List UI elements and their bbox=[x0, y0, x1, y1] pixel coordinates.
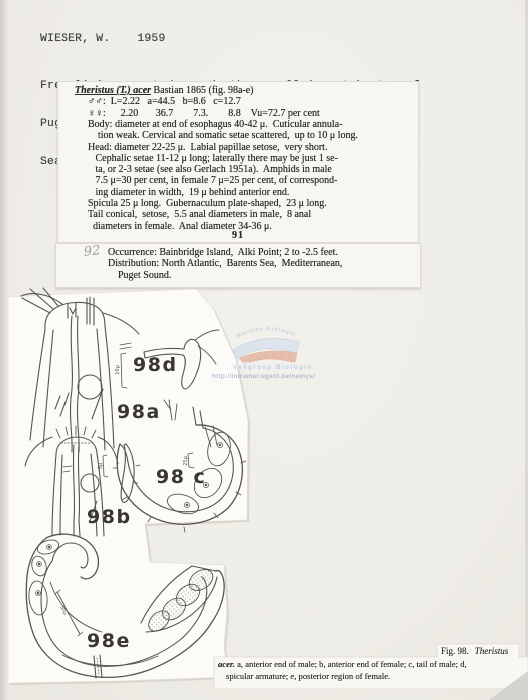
figure-number: Fig. 98. bbox=[441, 646, 469, 656]
label-98a: 98a bbox=[117, 401, 161, 423]
figure-caption-line-2: spicular armature; e, posterior region o… bbox=[226, 671, 390, 681]
watermark-url: http://intramar.ugent.be/nemys/ bbox=[212, 373, 315, 380]
scale-label-98a: 10μ bbox=[115, 364, 121, 374]
label-98b: 98b bbox=[87, 506, 132, 528]
label-98c: 98 c bbox=[156, 466, 206, 488]
watermark-arc-text: Mariene Biologie bbox=[236, 326, 297, 340]
scale-label-98c: 25μ bbox=[183, 455, 189, 465]
caption-genus-italic: Theristus bbox=[475, 646, 509, 656]
scanned-taxonomic-card: WIESER, W.1959 Free-living nematodes and… bbox=[0, 0, 528, 700]
figure-plate: Mariene Biologie Vakgroep Biologie http:… bbox=[0, 0, 528, 700]
caption-species-epithet: acer. bbox=[218, 659, 235, 669]
figure-caption-heading: Fig. 98.Theristus bbox=[441, 646, 508, 656]
scale-label-98b: 5μ bbox=[98, 462, 104, 469]
label-98d: 98d bbox=[133, 354, 178, 376]
label-98e: 98e bbox=[87, 630, 131, 652]
figure-caption-line-1: acer. a, anterior end of male; b, anteri… bbox=[218, 659, 467, 669]
watermark-group-text: Vakgroep Biologie bbox=[233, 365, 313, 371]
